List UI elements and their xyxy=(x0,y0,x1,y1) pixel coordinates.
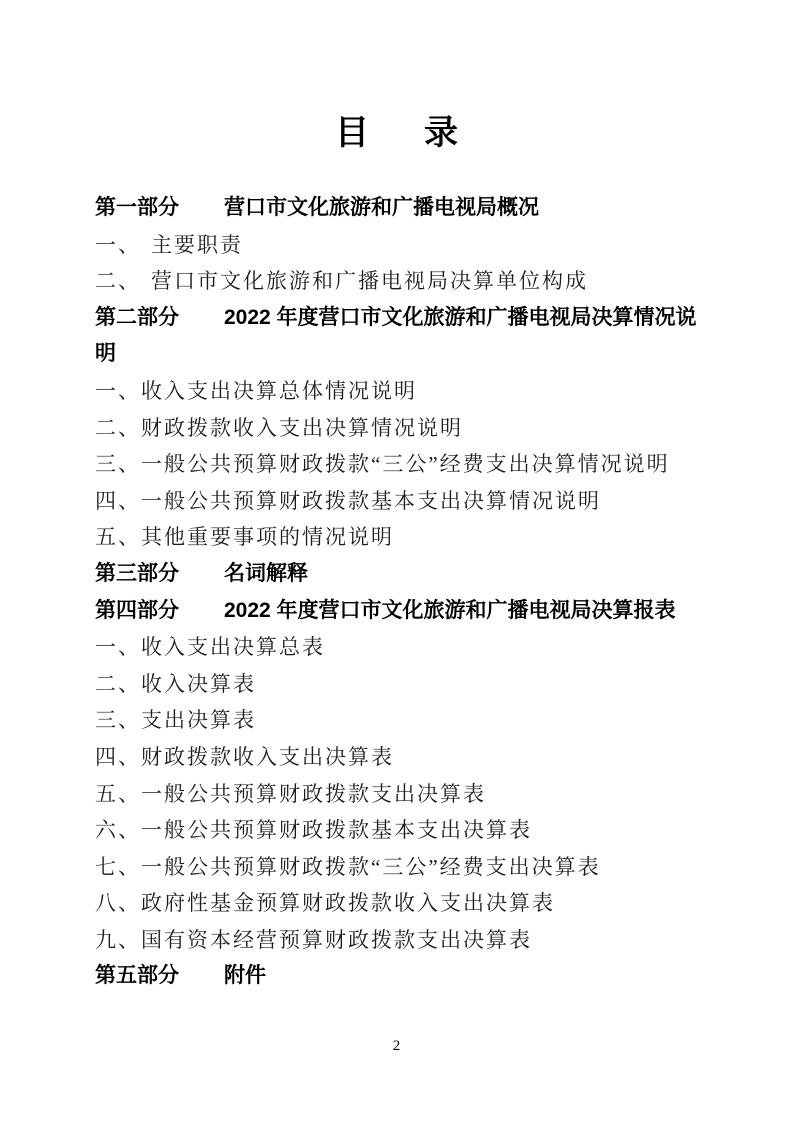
item-text: 支出决算表 xyxy=(141,708,256,732)
toc-item: 三、支出决算表 xyxy=(95,702,710,739)
toc-item: 四、财政拨款收入支出决算表 xyxy=(95,739,710,776)
section-title: 名词解释 xyxy=(224,562,308,585)
toc-item: 三、一般公共预算财政拨款“三公”经费支出决算情况说明 xyxy=(95,446,710,483)
item-text: 其他重要事项的情况说明 xyxy=(141,525,394,549)
title-char-lu: 录 xyxy=(424,112,458,156)
section-label: 第四部分 xyxy=(95,599,179,622)
item-number: 四、 xyxy=(95,745,141,769)
item-text: 收入支出决算总体情况说明 xyxy=(141,379,417,403)
toc-item: 一、主要职责 xyxy=(95,227,710,264)
toc-section-4: 第四部分2022 年度营口市文化旅游和广播电视局决算报表 xyxy=(95,593,710,630)
toc-section-1: 第一部分营口市文化旅游和广播电视局概况 xyxy=(95,190,710,227)
toc-item: 二、财政拨款收入支出决算情况说明 xyxy=(95,410,710,447)
section-title: 附件 xyxy=(224,964,266,987)
item-text: 主要职责 xyxy=(151,233,243,257)
toc-item: 一、收入支出决算总体情况说明 xyxy=(95,373,710,410)
item-text: 收入支出决算总表 xyxy=(141,635,325,659)
toc-item: 七、一般公共预算财政拨款“三公”经费支出决算表 xyxy=(95,849,710,886)
toc-item: 五、一般公共预算财政拨款支出决算表 xyxy=(95,776,710,813)
item-text: 一般公共预算财政拨款基本支出决算表 xyxy=(141,818,532,842)
toc-section-3: 第三部分名词解释 xyxy=(95,556,710,593)
document-page: 目录 第一部分营口市文化旅游和广播电视局概况 一、主要职责 二、营口市文化旅游和… xyxy=(0,0,793,1122)
toc-item: 九、国有资本经营预算财政拨款支出决算表 xyxy=(95,922,710,959)
toc-item: 二、营口市文化旅游和广播电视局决算单位构成 xyxy=(95,263,710,300)
item-number: 七、 xyxy=(95,855,141,879)
section-label: 第一部分 xyxy=(95,196,179,219)
item-number: 四、 xyxy=(95,489,141,513)
section-title: 2022 年度营口市文化旅游和广播电视局决算情况说明 xyxy=(95,306,697,366)
item-number: 八、 xyxy=(95,891,141,915)
item-number: 一、 xyxy=(95,379,141,403)
item-number: 一、 xyxy=(95,233,141,257)
item-text: 一般公共预算财政拨款“三公”经费支出决算表 xyxy=(141,855,601,879)
page-number: 2 xyxy=(0,1036,793,1056)
toc-item: 二、收入决算表 xyxy=(95,666,710,703)
section-label: 第五部分 xyxy=(95,964,179,987)
item-text: 国有资本经营预算财政拨款支出决算表 xyxy=(141,928,532,952)
item-text: 一般公共预算财政拨款基本支出决算情况说明 xyxy=(141,489,601,513)
section-label: 第三部分 xyxy=(95,562,179,585)
item-number: 二、 xyxy=(95,672,141,696)
item-text: 一般公共预算财政拨款“三公”经费支出决算情况说明 xyxy=(141,452,670,476)
item-text: 政府性基金预算财政拨款收入支出决算表 xyxy=(141,891,555,915)
toc-item: 六、一般公共预算财政拨款基本支出决算表 xyxy=(95,812,710,849)
toc-section-2: 第二部分2022 年度营口市文化旅游和广播电视局决算情况说明 xyxy=(95,300,710,373)
toc-item: 五、其他重要事项的情况说明 xyxy=(95,519,710,556)
item-number: 三、 xyxy=(95,708,141,732)
toc-item: 四、一般公共预算财政拨款基本支出决算情况说明 xyxy=(95,483,710,520)
toc-section-5: 第五部分附件 xyxy=(95,958,710,995)
item-number: 一、 xyxy=(95,635,141,659)
item-number: 九、 xyxy=(95,928,141,952)
item-text: 财政拨款收入支出决算表 xyxy=(141,745,394,769)
section-title: 2022 年度营口市文化旅游和广播电视局决算报表 xyxy=(224,599,676,622)
toc-item: 一、收入支出决算总表 xyxy=(95,629,710,666)
section-label: 第二部分 xyxy=(95,306,179,329)
item-number: 五、 xyxy=(95,782,141,806)
item-number: 二、 xyxy=(95,269,141,293)
table-of-contents: 第一部分营口市文化旅游和广播电视局概况 一、主要职责 二、营口市文化旅游和广播电… xyxy=(95,190,710,995)
item-number: 三、 xyxy=(95,452,141,476)
section-title: 营口市文化旅游和广播电视局概况 xyxy=(224,196,539,219)
item-number: 五、 xyxy=(95,525,141,549)
item-text: 营口市文化旅游和广播电视局决算单位构成 xyxy=(151,269,588,293)
toc-item: 八、政府性基金预算财政拨款收入支出决算表 xyxy=(95,885,710,922)
item-text: 一般公共预算财政拨款支出决算表 xyxy=(141,782,486,806)
title-char-mu: 目 xyxy=(335,112,369,156)
item-text: 收入决算表 xyxy=(141,672,256,696)
item-text: 财政拨款收入支出决算情况说明 xyxy=(141,416,463,440)
document-title: 目录 xyxy=(0,112,793,156)
item-number: 六、 xyxy=(95,818,141,842)
item-number: 二、 xyxy=(95,416,141,440)
